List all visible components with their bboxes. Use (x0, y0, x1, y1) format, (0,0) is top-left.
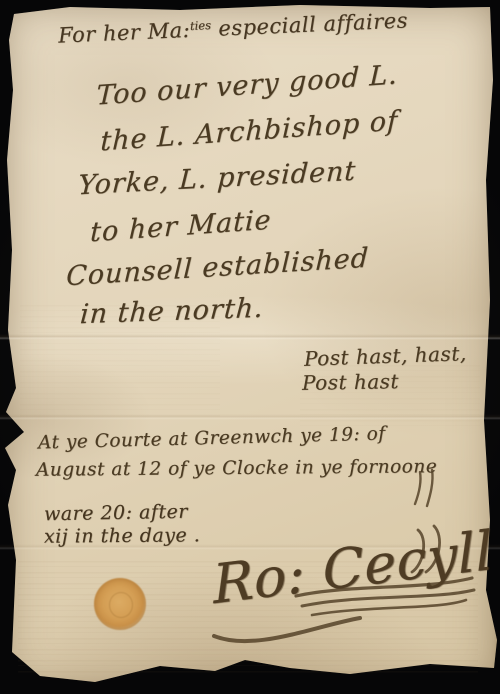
dateline: August at 12 of ye Clocke in ye fornoone (36, 456, 437, 481)
wax-seal-stain (94, 578, 146, 630)
post-haste-line: Post hast (302, 369, 399, 395)
relay-note-line: xij in the daye . (44, 524, 200, 547)
manuscript-photo: For her Ma:ties especiall affaires Too o… (0, 0, 500, 694)
relay-note-line: ware 20: after (44, 501, 188, 526)
address-line: in the north. (79, 293, 265, 331)
docket-superscript: ties (190, 18, 212, 33)
